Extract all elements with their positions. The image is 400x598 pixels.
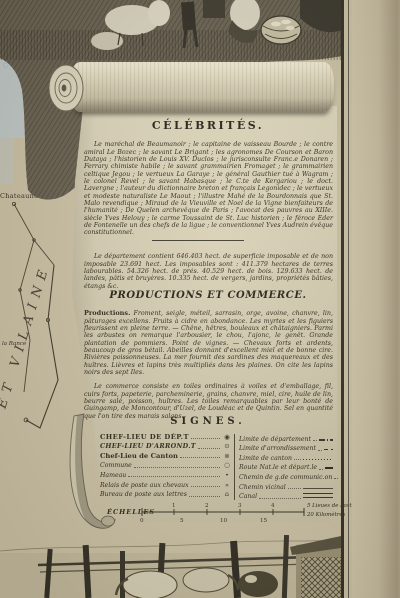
celebrites-title: CÉLÉBRITÉS. xyxy=(84,119,332,132)
hameau-symbol-icon: • xyxy=(222,471,232,479)
scale-tick-label: 5 xyxy=(180,518,184,524)
legend-row-relais-poste: Relais de poste aux chevaux » xyxy=(100,479,232,489)
dot-leader xyxy=(334,478,338,479)
legend-row-chemin-vicinal: Chemin vicinal xyxy=(239,481,333,491)
dot-leader xyxy=(128,476,220,477)
map-frame-outer-border xyxy=(348,0,349,598)
statistics-paragraph: Le département contient 646.403 hect. de… xyxy=(84,253,333,290)
legend-label: Commune xyxy=(100,462,132,469)
legend-row-limite-arrondissement: Limite d'arrondissement xyxy=(239,443,333,453)
cow-figure xyxy=(123,571,177,598)
map-river-label: la Rance xyxy=(2,341,26,347)
legend-left-column: CHEF-LIEU DE DÉP.T ◉ CHEF-LIEU D'ARROND.… xyxy=(100,431,232,498)
legend-label: Limite de département xyxy=(239,436,311,443)
commerce-paragraph: Le commerce consiste en toiles ordinaire… xyxy=(84,383,333,420)
dot-leader xyxy=(180,457,220,458)
scale-tick-label: 4 xyxy=(271,503,275,509)
scale-km-unit: 20 Kilomètres xyxy=(307,512,345,518)
legend-row-bureau-poste: Bureau de poste aux lettres ⌂ xyxy=(100,489,232,499)
map-sheet-scan: ILLE ET VILAINE Chateauneuf la Rance xyxy=(0,0,400,598)
bureau-poste-symbol-icon: ⌂ xyxy=(222,490,232,498)
productions-title: PRODUCTIONS ET COMMERCE. xyxy=(84,290,332,301)
peasant-figure xyxy=(181,2,196,31)
scale-tick-label: 15 xyxy=(260,518,268,524)
legend-row-commune: Commune ○ xyxy=(100,460,232,470)
dark-cow-figure xyxy=(238,571,278,597)
scale-tick-label: 3 xyxy=(238,503,242,509)
legend-right-column: Limite de département Limite d'arrondiss… xyxy=(239,433,333,500)
relais-poste-symbol-icon: » xyxy=(222,481,232,489)
legend-label: Chemin de g.de communic.on xyxy=(239,474,332,481)
commune-symbol-icon: ○ xyxy=(222,461,232,469)
legend-column-divider xyxy=(234,434,235,500)
legend-label: Route Nat.le et départ.le xyxy=(239,464,317,471)
legend-label: Chemin vicinal xyxy=(239,484,286,491)
dot-leader xyxy=(294,459,301,460)
scale-bar: 1 2 3 4 0 5 10 15 xyxy=(136,498,308,524)
productions-lead-word: Productions. xyxy=(84,309,130,317)
scale-tick-label: 1 xyxy=(172,503,176,509)
dot-leader xyxy=(313,440,317,441)
legend-label: Chef-Lieu de Canton xyxy=(100,452,178,460)
chemin-vicinal-line-icon xyxy=(303,488,333,489)
signes-title: SIGNES. xyxy=(84,416,332,427)
legend-row-chef-lieu-arrond: CHEF-LIEU D'ARROND.T ⊙ xyxy=(100,441,232,451)
productions-paragraph: Productions. Froment, seigle, méteil, sa… xyxy=(84,310,333,376)
legend-row-limite-canton: Limite de canton xyxy=(239,452,333,462)
legend-label: Relais de poste aux chevaux xyxy=(100,482,189,489)
celebrites-paragraph: Le maréchal de Beaumanoir ; le capitaine… xyxy=(84,141,333,236)
legend-label: Hameau xyxy=(100,472,126,479)
dot-leader xyxy=(288,488,301,489)
legend-label: Limite d'arrondissement xyxy=(239,445,316,452)
legend-row-chemin-communication: Chemin de g.de communic.on xyxy=(239,471,333,481)
section-divider-rule xyxy=(152,240,244,241)
legend-row-chef-lieu-dept: CHEF-LIEU DE DÉP.T ◉ xyxy=(100,431,232,441)
route-nationale-line-icon xyxy=(325,467,333,469)
scroll-top-roll xyxy=(70,62,334,112)
chef-lieu-dept-symbol-icon: ◉ xyxy=(222,433,232,441)
productions-body: Froment, seigle, méteil, sarrasin, orge,… xyxy=(84,310,333,376)
legend-label: Limite de canton xyxy=(239,455,292,462)
dot-leader xyxy=(319,469,323,470)
dot-leader xyxy=(191,486,220,487)
cow-figure xyxy=(183,568,229,592)
dot-leader xyxy=(318,450,322,451)
legend-label: CHEF-LIEU D'ARROND.T xyxy=(100,442,196,450)
legend-row-route-nationale: Route Nat.le et départ.le xyxy=(239,462,333,472)
bottom-vignette-engraving xyxy=(0,535,342,598)
map-frame-inner-border xyxy=(341,0,344,598)
legend-row-limite-departement: Limite de département xyxy=(239,433,333,443)
legend-row-chef-lieu-canton: Chef-Lieu de Canton ⊚ xyxy=(100,450,232,460)
dot-leader xyxy=(189,496,220,497)
scale-tick-label: 0 xyxy=(140,518,144,524)
chef-lieu-canton-symbol-icon: ⊚ xyxy=(222,452,232,460)
chef-lieu-arrond-symbol-icon: ⊙ xyxy=(222,442,232,450)
legend-label: CHEF-LIEU DE DÉP.T xyxy=(100,433,189,441)
limite-arrondissement-line-icon xyxy=(324,449,333,450)
scale-tick-label: 10 xyxy=(220,518,228,524)
scroll-spiral-end xyxy=(42,60,88,118)
dot-leader xyxy=(191,438,220,439)
limite-departement-line-icon xyxy=(319,439,333,441)
fish-basket xyxy=(261,16,301,44)
paper-margin xyxy=(352,0,400,598)
dot-leader xyxy=(134,467,220,468)
scale-tick-label: 2 xyxy=(205,503,209,509)
legend-row-hameau: Hameau • xyxy=(100,469,232,479)
dot-leader xyxy=(198,448,220,449)
limite-canton-line-icon xyxy=(303,459,333,460)
